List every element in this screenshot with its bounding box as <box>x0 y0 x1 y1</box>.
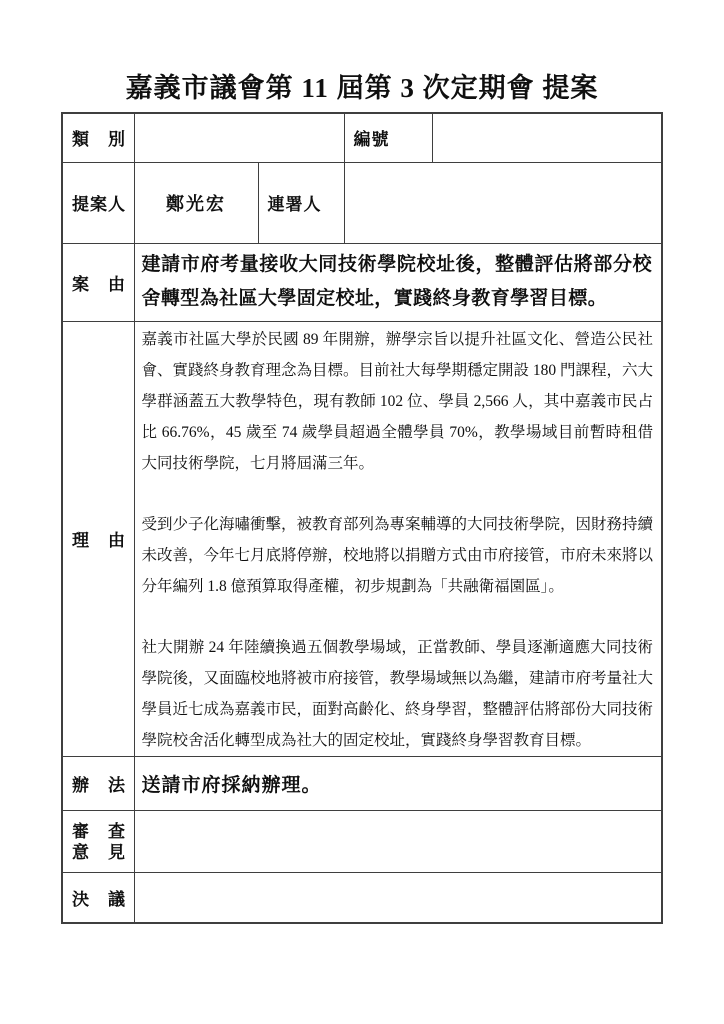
row-category-number: 類 別 編號 <box>62 113 662 162</box>
proposal-document-page: 嘉義市議會第 11 屆第 3 次定期會 提案 類 別 編號 提案人 鄭光宏 連署… <box>0 0 724 1024</box>
subject-text: 建請市府考量接收大同技術學院校址後，整體評估將部分校舍轉型為社區大學固定校址，實… <box>134 243 662 321</box>
cosigner-label: 連署人 <box>258 162 344 243</box>
method-label: 辦 法 <box>62 756 134 810</box>
row-resolution: 決 議 <box>62 872 662 923</box>
reason-paragraph-3: 社大開辦 24 年陸續換過五個教學場域，正當教師、學員逐漸適應大同技術學院後，又… <box>142 632 654 756</box>
category-label: 類 別 <box>62 113 134 162</box>
method-text: 送請市府採納辦理。 <box>134 756 662 810</box>
row-proposer-cosigner: 提案人 鄭光宏 連署人 <box>62 162 662 243</box>
subject-label: 案 由 <box>62 243 134 321</box>
row-review-opinion: 審 查 意 見 <box>62 810 662 872</box>
review-opinion-value-cell <box>134 810 662 872</box>
number-value-cell <box>432 113 662 162</box>
review-opinion-label: 審 查 意 見 <box>62 810 134 872</box>
reason-text: 嘉義市社區大學於民國 89 年開辦，辦學宗旨以提升社區文化、營造公民社會、實踐終… <box>134 321 662 756</box>
reason-paragraph-2: 受到少子化海嘯衝擊，被教育部列為專案輔導的大同技術學院，因財務持續未改善，今年七… <box>142 509 654 602</box>
document-title: 嘉義市議會第 11 屆第 3 次定期會 提案 <box>0 0 724 104</box>
proposer-value-cell: 鄭光宏 <box>134 162 258 243</box>
cosigner-value-cell <box>344 162 662 243</box>
reason-label: 理 由 <box>62 321 134 756</box>
proposer-label: 提案人 <box>62 162 134 243</box>
reason-paragraph-1: 嘉義市社區大學於民國 89 年開辦，辦學宗旨以提升社區文化、營造公民社會、實踐終… <box>142 324 654 479</box>
category-value-cell <box>134 113 344 162</box>
row-reason: 理 由 嘉義市社區大學於民國 89 年開辦，辦學宗旨以提升社區文化、營造公民社會… <box>62 321 662 756</box>
row-subject: 案 由 建請市府考量接收大同技術學院校址後，整體評估將部分校舍轉型為社區大學固定… <box>62 243 662 321</box>
resolution-label: 決 議 <box>62 872 134 923</box>
row-method: 辦 法 送請市府採納辦理。 <box>62 756 662 810</box>
number-label: 編號 <box>344 113 432 162</box>
resolution-value-cell <box>134 872 662 923</box>
proposal-form-table: 類 別 編號 提案人 鄭光宏 連署人 案 由 建請市府考量接收大同技術學院校址後… <box>61 112 663 924</box>
